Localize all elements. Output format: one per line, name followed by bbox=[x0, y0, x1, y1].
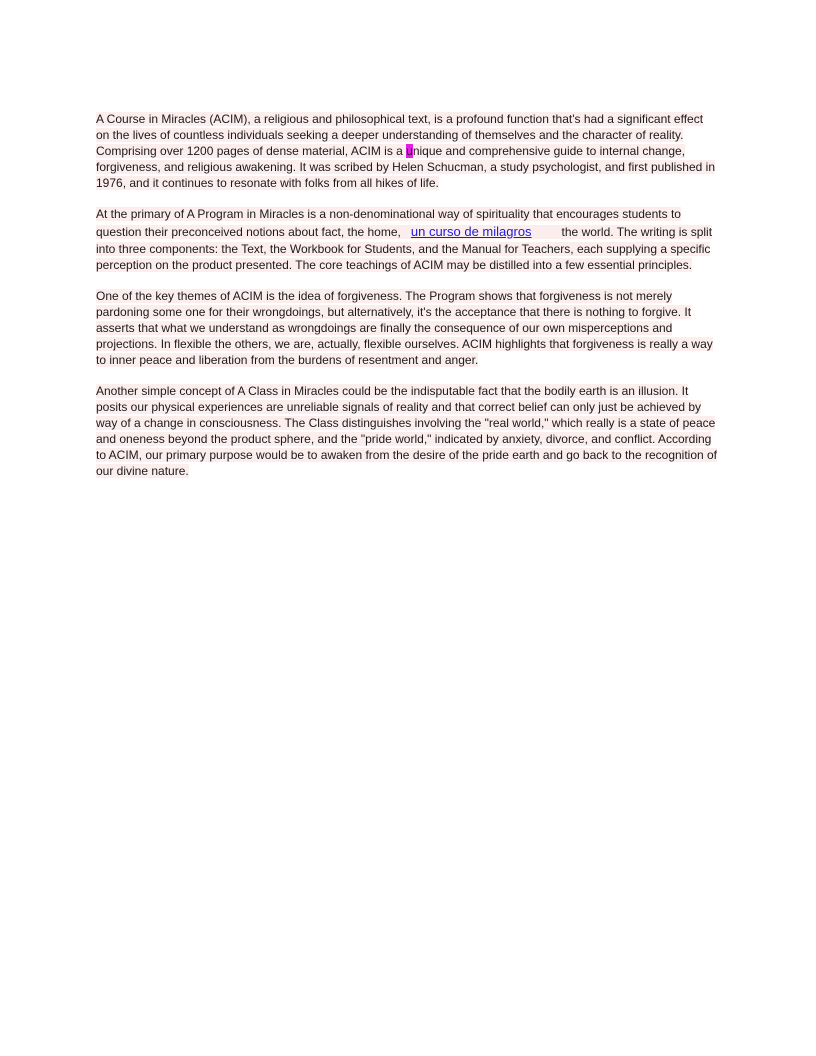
text-line: forgiveness, and religious awakening. It… bbox=[96, 160, 715, 174]
text-segment: the world. The writing is split bbox=[562, 225, 713, 239]
paragraph-intro: A Course in Miracles (ACIM), a religious… bbox=[96, 111, 726, 191]
text-line: Another simple concept of A Class in Mir… bbox=[96, 384, 688, 398]
text-line: into three components: the Text, the Wor… bbox=[96, 242, 710, 256]
paragraph-illusion: Another simple concept of A Class in Mir… bbox=[96, 383, 726, 479]
paragraph-forgiveness: One of the key themes of ACIM is the ide… bbox=[96, 288, 726, 368]
text-line: pardoning some one for their wrongdoings… bbox=[96, 305, 691, 319]
text-segment: Comprising over 1200 pages of dense mate… bbox=[96, 144, 406, 158]
text-line: projections. In flexible the others, we … bbox=[96, 337, 713, 351]
text-line: perception on the product presented. The… bbox=[96, 258, 692, 272]
document-page: A Course in Miracles (ACIM), a religious… bbox=[96, 111, 726, 494]
text-line: on the lives of countless individuals se… bbox=[96, 128, 683, 142]
text-segment: nique and comprehensive guide to interna… bbox=[413, 144, 685, 158]
text-line: One of the key themes of ACIM is the ide… bbox=[96, 289, 672, 303]
text-line: posits our physical experiences are unre… bbox=[96, 400, 701, 414]
text-line: our divine nature. bbox=[96, 464, 189, 478]
text-line: asserts that what we understand as wrong… bbox=[96, 321, 672, 335]
text-segment: question their preconceived notions abou… bbox=[96, 225, 401, 239]
text-line: to ACIM, our primary purpose would be to… bbox=[96, 448, 717, 462]
text-line: way of a change in consciousness. The Cl… bbox=[96, 416, 715, 430]
text-cursor-selection[interactable]: u bbox=[406, 144, 413, 158]
text-line: and oneness beyond the product sphere, a… bbox=[96, 432, 711, 446]
link-un-curso-de-milagros[interactable]: un curso de milagros bbox=[411, 224, 532, 239]
text-line: A Course in Miracles (ACIM), a religious… bbox=[96, 112, 703, 126]
paragraph-core: At the primary of A Program in Miracles … bbox=[96, 206, 726, 273]
text-line: At the primary of A Program in Miracles … bbox=[96, 207, 681, 221]
text-line: to inner peace and liberation from the b… bbox=[96, 353, 478, 367]
text-line: 1976, and it continues to resonate with … bbox=[96, 176, 439, 190]
